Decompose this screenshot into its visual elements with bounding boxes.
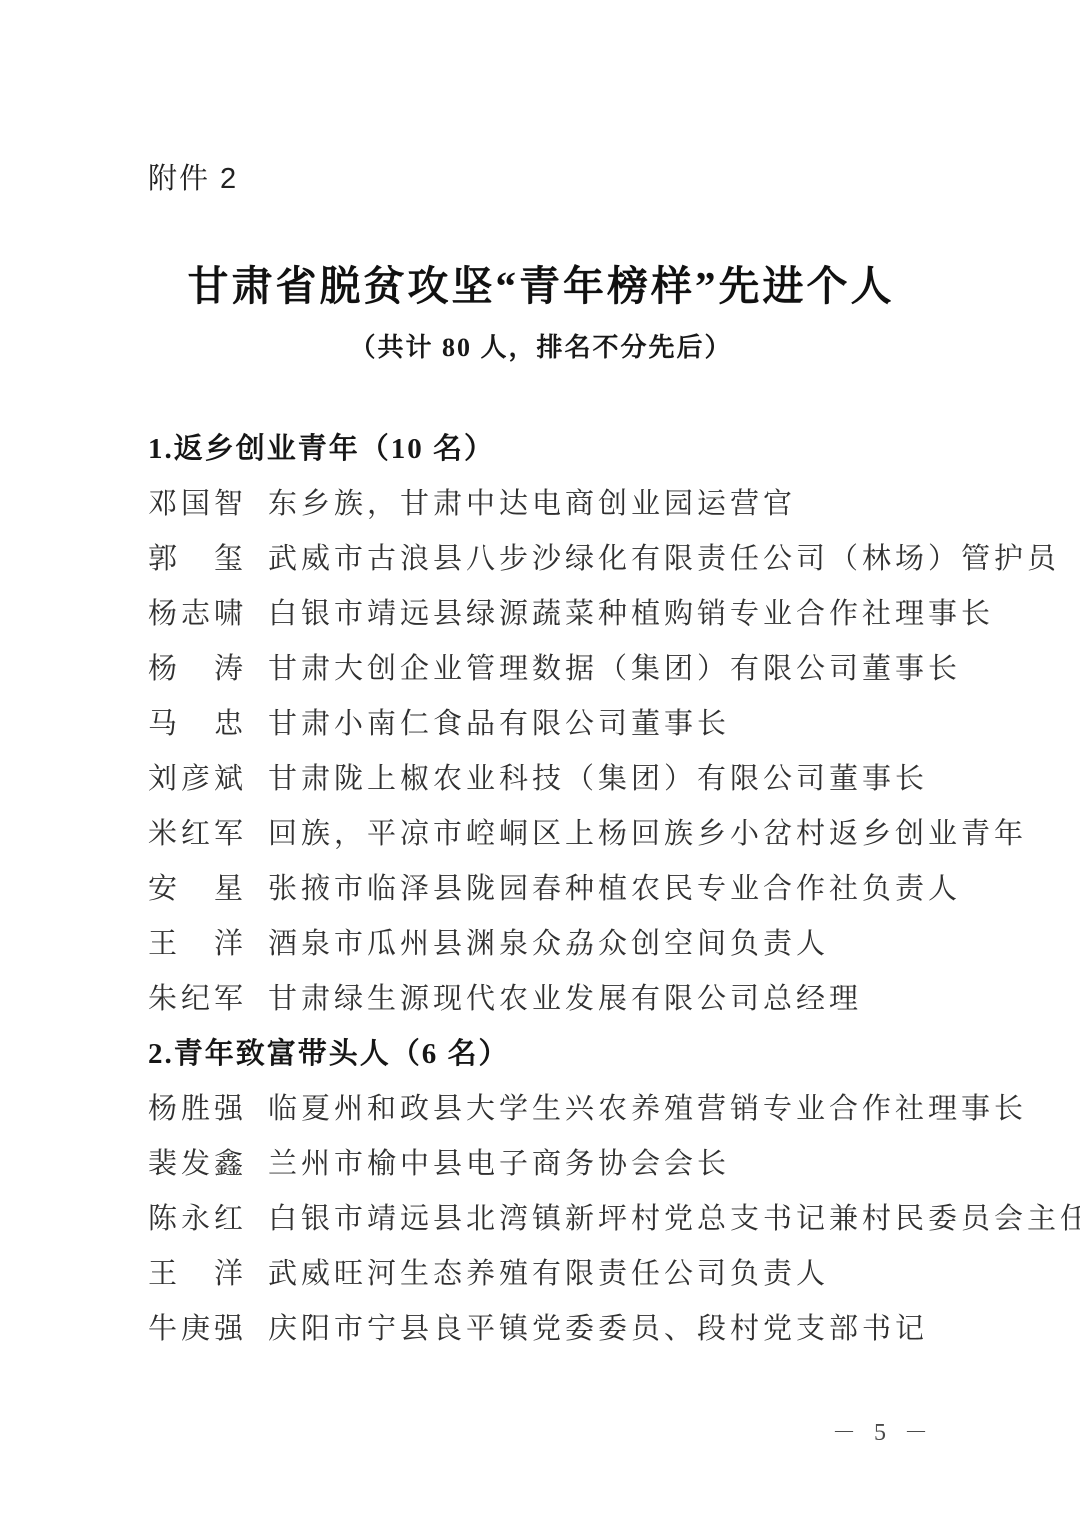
list-item: 朱纪军甘肃绿生源现代农业发展有限公司总经理 — [148, 972, 934, 1027]
list-item: 王 洋酒泉市瓜州县渊泉众劦众创空间负责人 — [148, 917, 934, 972]
person-description: 白银市靖远县绿源蔬菜种植购销专业合作社理事长 — [268, 598, 994, 630]
page-title: 甘肃省脱贫攻坚“青年榜样”先进个人 — [148, 262, 934, 310]
person-description: 甘肃大创企业管理数据（集团）有限公司董事长 — [268, 653, 961, 685]
person-name: 杨志啸 — [148, 587, 268, 642]
list-item: 米红军回族，平凉市崆峒区上杨回族乡小岔村返乡创业青年 — [148, 807, 934, 862]
person-description: 酒泉市瓜州县渊泉众劦众创空间负责人 — [268, 928, 829, 960]
person-name: 王 洋 — [148, 917, 268, 972]
person-name: 杨胜强 — [148, 1082, 268, 1137]
person-name: 刘彦斌 — [148, 752, 268, 807]
person-description: 甘肃绿生源现代农业发展有限公司总经理 — [268, 983, 862, 1015]
list-item: 郭 玺武威市古浪县八步沙绿化有限责任公司（林场）管护员 — [148, 532, 934, 587]
person-name: 王 洋 — [148, 1247, 268, 1302]
list-item: 马 忠甘肃小南仁食品有限公司董事长 — [148, 697, 934, 752]
person-name: 米红军 — [148, 807, 268, 862]
section-heading-2: 2.青年致富带头人（6 名） — [148, 1027, 934, 1082]
list-item: 裴发鑫兰州市榆中县电子商务协会会长 — [148, 1137, 934, 1192]
person-name: 裴发鑫 — [148, 1137, 268, 1192]
person-description: 武威市古浪县八步沙绿化有限责任公司（林场）管护员 — [268, 543, 1060, 575]
attachment-label: 附件 2 — [148, 160, 934, 198]
person-description: 甘肃小南仁食品有限公司董事长 — [268, 708, 730, 740]
person-name: 安 星 — [148, 862, 268, 917]
person-name: 牛庚强 — [148, 1302, 268, 1357]
document-body: 1.返乡创业青年（10 名） 邓国智东乡族，甘肃中达电商创业园运营官 郭 玺武威… — [148, 422, 934, 1357]
person-name: 陈永红 — [148, 1192, 268, 1247]
list-item: 杨 涛甘肃大创企业管理数据（集团）有限公司董事长 — [148, 642, 934, 697]
person-description: 兰州市榆中县电子商务协会会长 — [268, 1148, 730, 1180]
person-name: 马 忠 — [148, 697, 268, 752]
list-item: 邓国智东乡族，甘肃中达电商创业园运营官 — [148, 477, 934, 532]
list-item: 杨志啸白银市靖远县绿源蔬菜种植购销专业合作社理事长 — [148, 587, 934, 642]
page-number: － 5 － — [832, 1412, 934, 1447]
person-description: 回族，平凉市崆峒区上杨回族乡小岔村返乡创业青年 — [268, 818, 1027, 850]
section-heading-1: 1.返乡创业青年（10 名） — [148, 422, 934, 477]
person-description: 张掖市临泽县陇园春种植农民专业合作社负责人 — [268, 873, 961, 905]
person-description: 庆阳市宁县良平镇党委委员、段村党支部书记 — [268, 1313, 928, 1345]
person-name: 杨 涛 — [148, 642, 268, 697]
list-item: 安 星张掖市临泽县陇园春种植农民专业合作社负责人 — [148, 862, 934, 917]
list-item: 刘彦斌甘肃陇上椒农业科技（集团）有限公司董事长 — [148, 752, 934, 807]
person-description: 武威旺河生态养殖有限责任公司负责人 — [268, 1258, 829, 1290]
person-description: 甘肃陇上椒农业科技（集团）有限公司董事长 — [268, 763, 928, 795]
person-description: 东乡族，甘肃中达电商创业园运营官 — [268, 488, 796, 520]
person-name: 朱纪军 — [148, 972, 268, 1027]
person-description: 白银市靖远县北湾镇新坪村党总支书记兼村民委员会主任 — [268, 1203, 1080, 1235]
page-subtitle: （共计 80 人，排名不分先后） — [148, 332, 934, 364]
document-page: 附件 2 甘肃省脱贫攻坚“青年榜样”先进个人 （共计 80 人，排名不分先后） … — [0, 0, 1080, 1527]
person-name: 邓国智 — [148, 477, 268, 532]
list-item: 王 洋武威旺河生态养殖有限责任公司负责人 — [148, 1247, 934, 1302]
list-item: 牛庚强庆阳市宁县良平镇党委委员、段村党支部书记 — [148, 1302, 934, 1357]
list-item: 杨胜强临夏州和政县大学生兴农养殖营销专业合作社理事长 — [148, 1082, 934, 1137]
person-name: 郭 玺 — [148, 532, 268, 587]
person-description: 临夏州和政县大学生兴农养殖营销专业合作社理事长 — [268, 1093, 1027, 1125]
list-item: 陈永红白银市靖远县北湾镇新坪村党总支书记兼村民委员会主任 — [148, 1192, 934, 1247]
